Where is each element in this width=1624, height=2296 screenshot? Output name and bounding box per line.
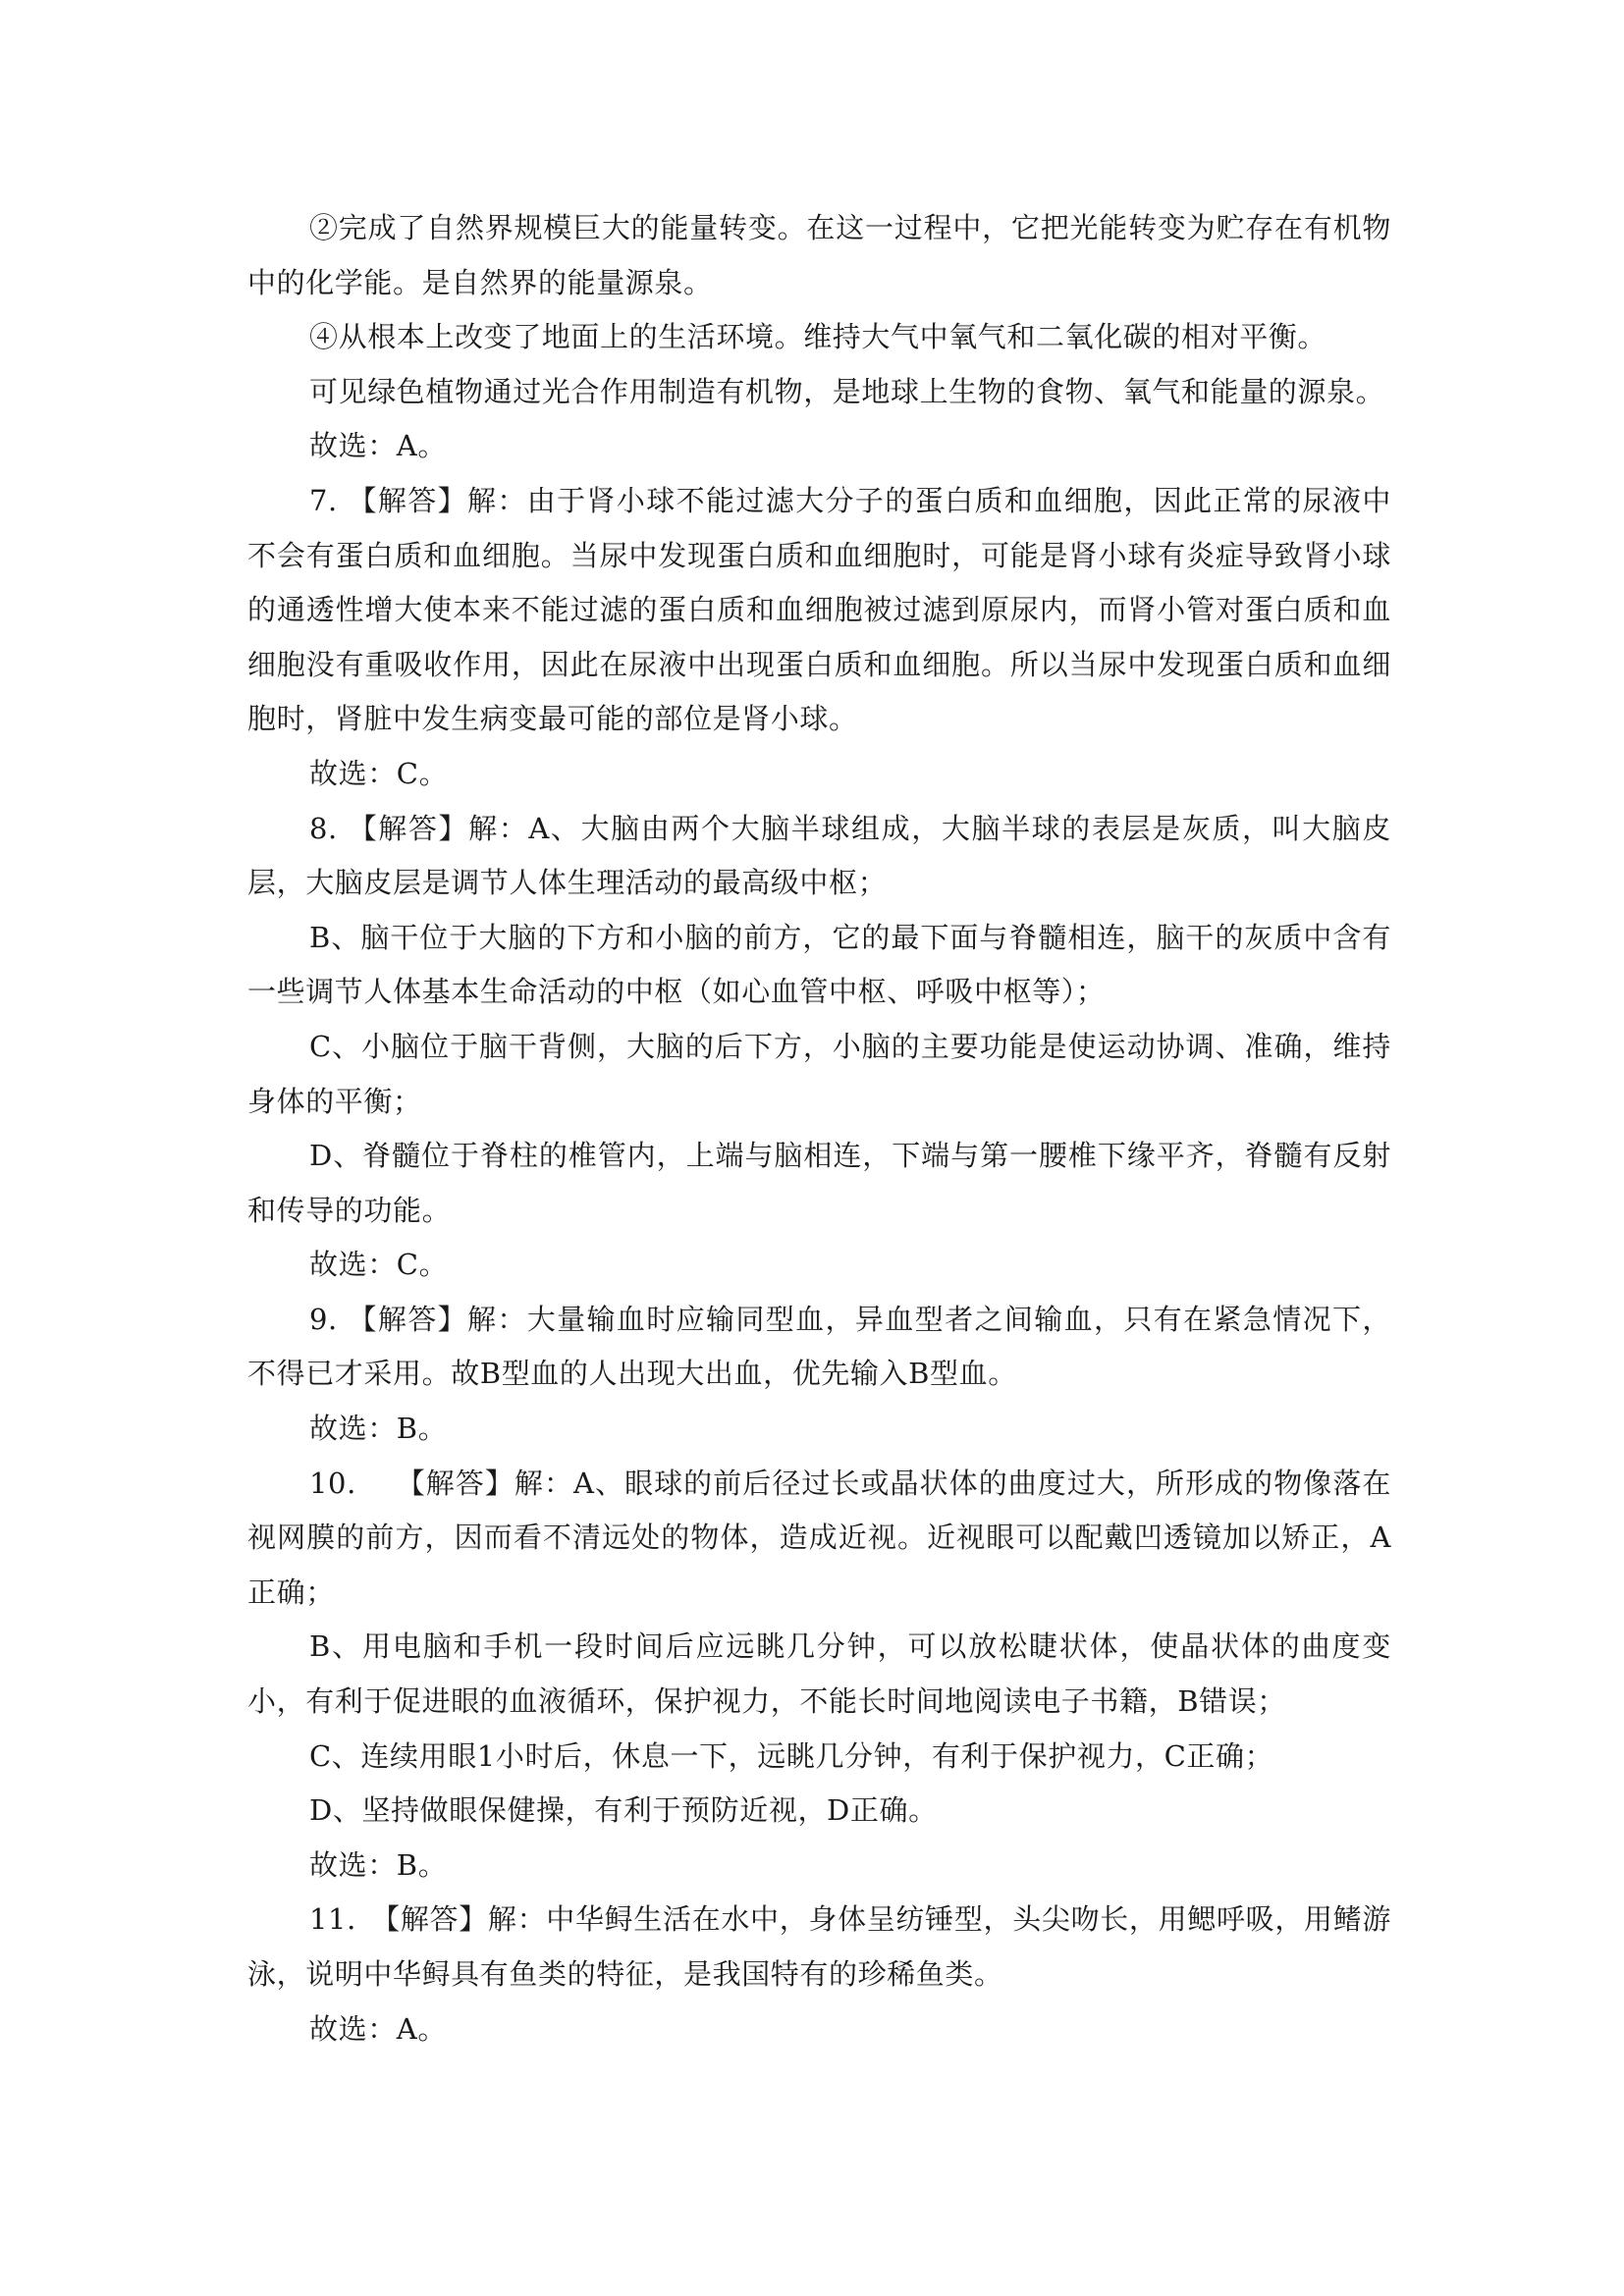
paragraph-photosynthesis-summary: 可见绿色植物通过光合作用制造有机物，是地球上生物的食物、氧气和能量的源泉。 <box>247 365 1391 420</box>
paragraph-photosynthesis-environment: ④从根本上改变了地面上的生活环境。维持大气中氧气和二氧化碳的相对平衡。 <box>247 310 1391 365</box>
paragraph-photosynthesis-energy: ②完成了自然界规模巨大的能量转变。在这一过程中，它把光能转变为贮存在有机物中的化… <box>247 201 1391 310</box>
answer-9: 故选：B。 <box>247 1402 1391 1457</box>
solution-10-option-b: B、用电脑和手机一段时间后应远眺几分钟，可以放松睫状体，使晶状体的曲度变小，有利… <box>247 1620 1391 1729</box>
answer-7: 故选：C。 <box>247 747 1391 802</box>
answer-8: 故选：C。 <box>247 1238 1391 1293</box>
solution-11: 11. 【解答】解：中华鲟生活在水中，身体呈纺锤型，头尖吻长，用鳃呼吸，用鳍游泳… <box>247 1893 1391 2002</box>
solution-9: 9. 【解答】解：大量输血时应输同型血，异血型者之间输血，只有在紧急情况下，不得… <box>247 1293 1391 1402</box>
answer-11: 故选：A。 <box>247 2002 1391 2057</box>
answer-10: 故选：B。 <box>247 1839 1391 1894</box>
answer-6: 故选：A。 <box>247 419 1391 474</box>
solution-10-option-d: D、坚持做眼保健操，有利于预防近视，D正确。 <box>247 1784 1391 1839</box>
solution-8-option-c: C、小脑位于脑干背侧，大脑的后下方，小脑的主要功能是使运动协调、准确，维持身体的… <box>247 1020 1391 1129</box>
solution-8-option-d: D、脊髓位于脊柱的椎管内，上端与脑相连，下端与第一腰椎下缘平齐，脊髓有反射和传导… <box>247 1129 1391 1238</box>
solution-10-option-a: 10. 【解答】解：A、眼球的前后径过长或晶状体的曲度过大，所形成的物像落在视网… <box>247 1457 1391 1621</box>
document-page: ②完成了自然界规模巨大的能量转变。在这一过程中，它把光能转变为贮存在有机物中的化… <box>247 201 1391 2056</box>
solution-7: 7. 【解答】解：由于肾小球不能过滤大分子的蛋白质和血细胞，因此正常的尿液中不会… <box>247 474 1391 747</box>
solution-8-option-a: 8. 【解答】解：A、大脑由两个大脑半球组成，大脑半球的表层是灰质，叫大脑皮层，… <box>247 802 1391 911</box>
solution-8-option-b: B、脑干位于大脑的下方和小脑的前方，它的最下面与脊髓相连，脑干的灰质中含有一些调… <box>247 911 1391 1020</box>
solution-10-option-c: C、连续用眼1小时后，休息一下，远眺几分钟，有利于保护视力，C正确； <box>247 1730 1391 1785</box>
